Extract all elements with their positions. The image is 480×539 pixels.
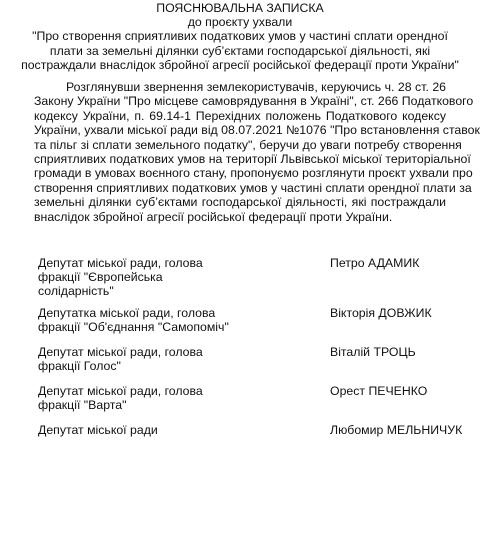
role-line: Депутат міської ради, голова [38, 256, 298, 270]
body-line: земельні ділянки суб’єктами господарсько… [34, 195, 446, 209]
signatory-name: Вікторія ДОВЖИК [330, 306, 432, 320]
signatory-role: Депутат міської ради, голова фракції Гол… [38, 345, 298, 373]
role-line: солідарність" [38, 284, 298, 298]
body-line: створення сприятливих податкових умов у … [34, 181, 446, 195]
signatory-name: Любомир МЕЛЬНИЧУК [330, 423, 462, 437]
signatory-role: Депутат міської ради, голова фракції "Єв… [38, 256, 298, 299]
signatory-role: Депутат міської ради [38, 423, 298, 437]
signatory-role: Депутатка міської ради, голова фракції "… [38, 306, 298, 334]
body-line: внаслідок збройної агресії російської фе… [34, 210, 446, 224]
signatory-name: Орест ПЕЧЕНКО [330, 384, 427, 398]
role-line: Депутат міської ради [38, 423, 298, 437]
document-title: ПОЯСНЮВАЛЬНА ЗАПИСКА [20, 1, 460, 15]
title-block: ПОЯСНЮВАЛЬНА ЗАПИСКА до проєкту ухвали "… [20, 1, 460, 72]
body-line: сприятливих податкових умов на території… [34, 152, 446, 166]
role-line: Депутат міської ради, голова [38, 345, 298, 359]
role-line: фракції "Об'єднання "Самопоміч" [38, 320, 298, 334]
body-line: громади в умовах воєнного стану, пропону… [34, 166, 446, 180]
role-line: фракції "Європейська [38, 270, 298, 284]
role-line: Депутатка міської ради, голова [38, 306, 298, 320]
body-paragraph: Розглянувши звернення землекористувачів,… [34, 80, 446, 224]
body-line: та пільг зі сплати земельного податку", … [34, 138, 446, 152]
body-line: Розглянувши звернення землекористувачів,… [34, 80, 446, 94]
resolution-title-line: "Про створення сприятливих податкових ум… [20, 29, 460, 43]
role-line: фракції "Варта" [38, 398, 298, 412]
resolution-title-line: постраждали внаслідок збройної агресії р… [20, 58, 460, 72]
signatory-name: Віталій ТРОЦЬ [330, 345, 416, 359]
role-line: Депутат міської ради, голова [38, 384, 298, 398]
role-line: фракції Голос" [38, 359, 298, 373]
body-line: Закону України "Про місцеве самоврядуван… [34, 94, 446, 108]
document-subtitle: до проєкту ухвали [20, 15, 460, 29]
document-page: ПОЯСНЮВАЛЬНА ЗАПИСКА до проєкту ухвали "… [0, 0, 480, 539]
signatory-role: Депутат міської ради, голова фракції "Ва… [38, 384, 298, 412]
resolution-title-line: плати за земельні ділянки суб’єктами гос… [20, 44, 460, 58]
body-line: кодексу України, п. 69.14-1 Перехідних п… [34, 109, 446, 123]
body-line: України, ухвали міської ради від 08.07.2… [34, 123, 446, 137]
signatory-name: Петро АДАМИК [330, 256, 419, 270]
